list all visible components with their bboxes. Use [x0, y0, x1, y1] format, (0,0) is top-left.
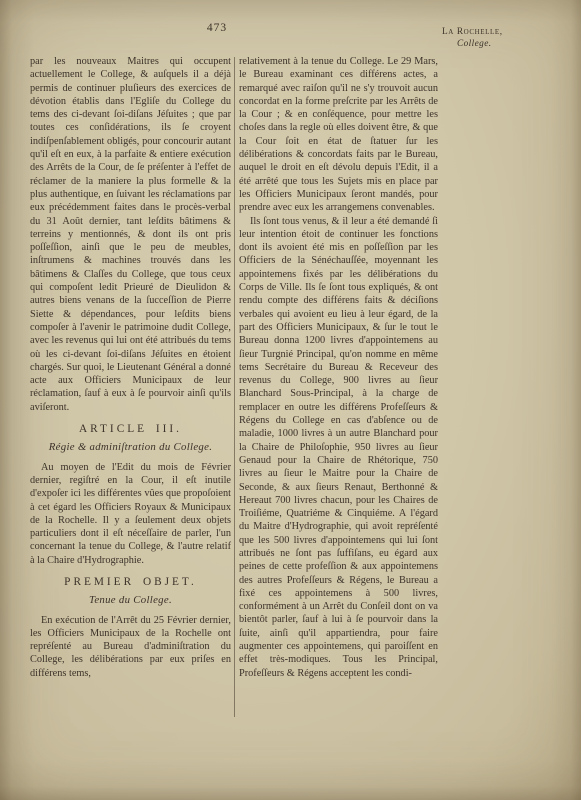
paragraph-continuation: par les nouveaux Maitres qui occupent ac… [30, 55, 231, 414]
article-heading: ARTICLE III. [30, 423, 231, 436]
paragraph-continuation: relativement à la tenue du College. Le 2… [239, 55, 438, 215]
right-column: relativement à la tenue du College. Le 2… [239, 55, 438, 680]
paragraph: Ils ſont tous venus, & il leur a été dem… [239, 215, 438, 680]
objet-subheading: Tenue du College. [30, 594, 231, 607]
paragraph: Au moyen de l'Edit du mois de Février de… [30, 461, 231, 567]
book-page: 473 La Rochelle, College. par les nouvea… [0, 0, 581, 800]
left-column: par les nouveaux Maitres qui occupent ac… [30, 55, 231, 680]
margin-note-place: La Rochelle, [442, 27, 567, 39]
article-subheading: Régie & adminiſtration du College. [30, 441, 231, 454]
objet-heading: PREMIER OBJET. [30, 576, 231, 589]
margin-note-subject: College. [442, 39, 567, 51]
margin-note: La Rochelle, College. [442, 27, 567, 50]
column-divider [234, 57, 235, 717]
page-number: 473 [186, 22, 248, 34]
paragraph: En exécution de l'Arrêt du 25 Février de… [30, 614, 231, 680]
